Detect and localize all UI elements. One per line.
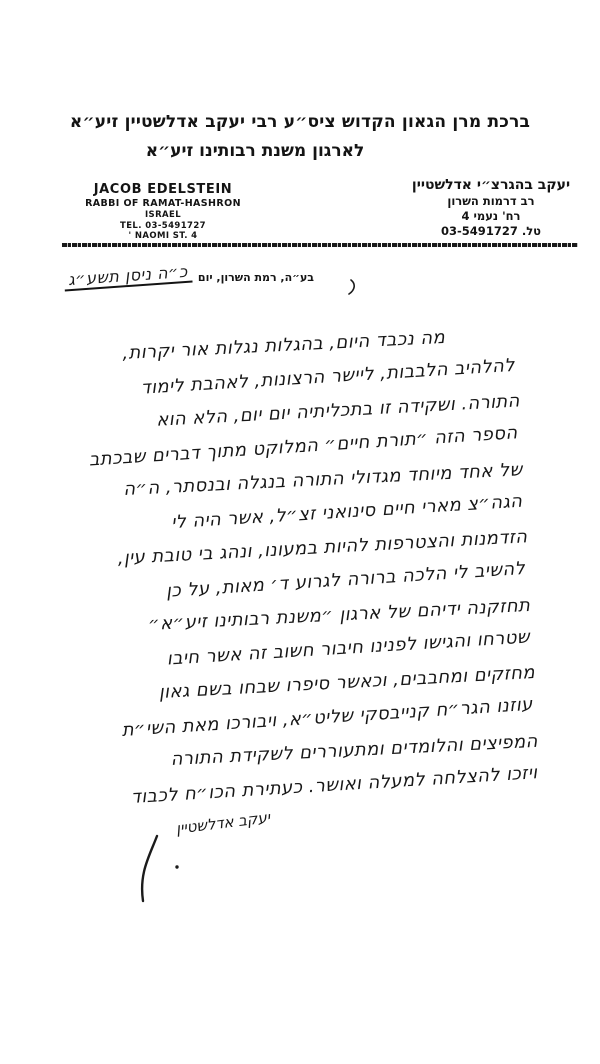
scanned-letter-page: ברכת מרן הגאון הקדוש ציס״ע רבי יעקב אדלש… [0,0,600,1064]
dateline-printed-text: בע״ה, רמת השרון, יום [198,271,314,287]
letterhead-divider-rule [62,243,578,247]
handwritten-date: כ״ה ניסן תשע״ג [67,262,188,289]
signature-flourish [133,833,193,905]
dedication-title-line1: ברכת מרן הגאון הקדוש ציס״ע רבי יעקב אדלש… [0,112,600,132]
dateline: בע״ה, רמת השרון, יום כ״ה ניסן תשע״ג [68,266,314,287]
dedication-title-line2: לארגון משנת רבותינו זיע״א [0,141,510,161]
letterhead-en-title: RABBI OF RAMAT-HASHRON [75,198,251,210]
letterhead-en-address: ' NAOMI ST. 4 [75,231,251,242]
letterhead-he-phone: טל. 03-5491727 [403,224,579,239]
letterhead-he-address: רח' נעמי 4 [403,209,579,224]
letterhead-he-name: יעקב בהגרצ״י אדלשטיין [403,176,579,194]
handwritten-letter-body: מה נכבד היום, בהגלות נגלות אור יקרות, לה… [53,316,541,817]
stray-ink-mark [348,279,358,295]
letterhead-hebrew: יעקב בהגרצ״י אדלשטיין רב דרמות השרון רח'… [403,176,579,239]
letterhead-he-title: רב דרמות השרון [403,194,579,209]
letterhead-en-phone: TEL. 03-5491727 [75,221,251,232]
dateline-fill-in-slot: כ״ה ניסן תשע״ג [63,262,192,292]
letterhead-english: JACOB EDELSTEIN RABBI OF RAMAT-HASHRON I… [75,182,251,242]
letterhead-en-name: JACOB EDELSTEIN [75,182,251,198]
letterhead-en-country: ISRAEL [75,210,251,221]
